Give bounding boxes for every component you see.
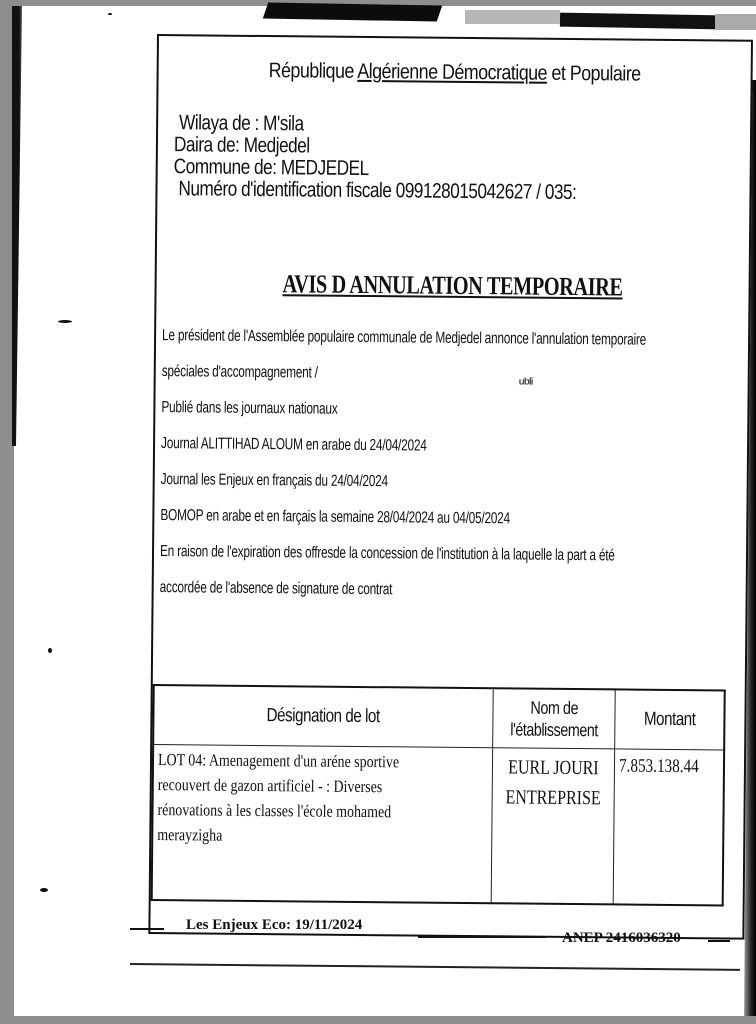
scan-speck xyxy=(48,648,52,653)
footer-rule xyxy=(418,936,546,938)
notice-frame: République Algérienne Démocratique et Po… xyxy=(148,34,753,940)
scan-artifact-top xyxy=(715,14,756,30)
scan-speck xyxy=(58,320,72,323)
cell-etablissement: EURL JOURI ENTREPRISE xyxy=(491,748,614,905)
body-line: Journal ALITTIHAD ALOUM en arabe du 24/0… xyxy=(161,434,724,475)
body-line: Publié dans les journaux nationaux xyxy=(161,398,724,439)
table-header-row: Désignation de lot Nom de l'établissemen… xyxy=(153,685,724,750)
republic-title-suffix: et Populaire xyxy=(547,62,641,86)
notice-title: AVIS D ANNULATION TEMPORAIRE xyxy=(222,269,684,303)
scan-artifact-top xyxy=(263,2,442,21)
table-row: LOT 04: Amenagement d'un aréne sportive … xyxy=(152,744,724,905)
header-designation: Désignation de lot xyxy=(153,685,493,748)
body-line: Journal les Enjeux en français du 24/04/… xyxy=(160,470,723,511)
faint-text-fragment: ubli xyxy=(519,376,533,387)
body-line: accordée de l'absence de signature de co… xyxy=(159,578,722,619)
scan-speck xyxy=(40,888,48,892)
footer-rule xyxy=(130,928,164,930)
administrative-info: Wilaya de : M'sila Daira de: Medjedel Co… xyxy=(173,112,577,204)
footer-anep-reference: ANEP 2416036320 xyxy=(562,930,681,947)
republic-title: République Algérienne Démocratique et Po… xyxy=(203,58,706,87)
header-montant: Montant xyxy=(615,689,725,750)
lot-table: Désignation de lot Nom de l'établissemen… xyxy=(151,684,726,906)
body-line: Le président de l'Assemblée populaire co… xyxy=(162,326,725,367)
republic-title-underlined: Algérienne Démocratique xyxy=(357,60,547,85)
footer-rule xyxy=(708,940,730,942)
scan-artifact-top xyxy=(465,10,560,24)
footer-source: Les Enjeux Eco: 19/11/2024 xyxy=(186,917,362,934)
notice-body: Le président de l'Assemblée populaire co… xyxy=(159,326,724,619)
scan-edge-bottom xyxy=(0,1016,756,1024)
header-etablissement: Nom de l'établissement xyxy=(493,688,615,749)
cell-designation: LOT 04: Amenagement d'un aréne sportive … xyxy=(152,744,493,903)
body-line: BOMOP en arabe et en farçais la semaine … xyxy=(160,506,723,547)
body-line: En raison de l'expiration des offresde l… xyxy=(160,542,723,583)
nif-line: Numéro d'identification fiscale 09912801… xyxy=(173,178,576,204)
cell-montant: 7.853.138.44 xyxy=(613,749,724,906)
body-line: spéciales d'accompagnement / xyxy=(162,362,725,403)
scan-speck xyxy=(108,13,112,15)
republic-title-prefix: République xyxy=(269,59,358,83)
scan-artifact-top xyxy=(560,13,720,30)
